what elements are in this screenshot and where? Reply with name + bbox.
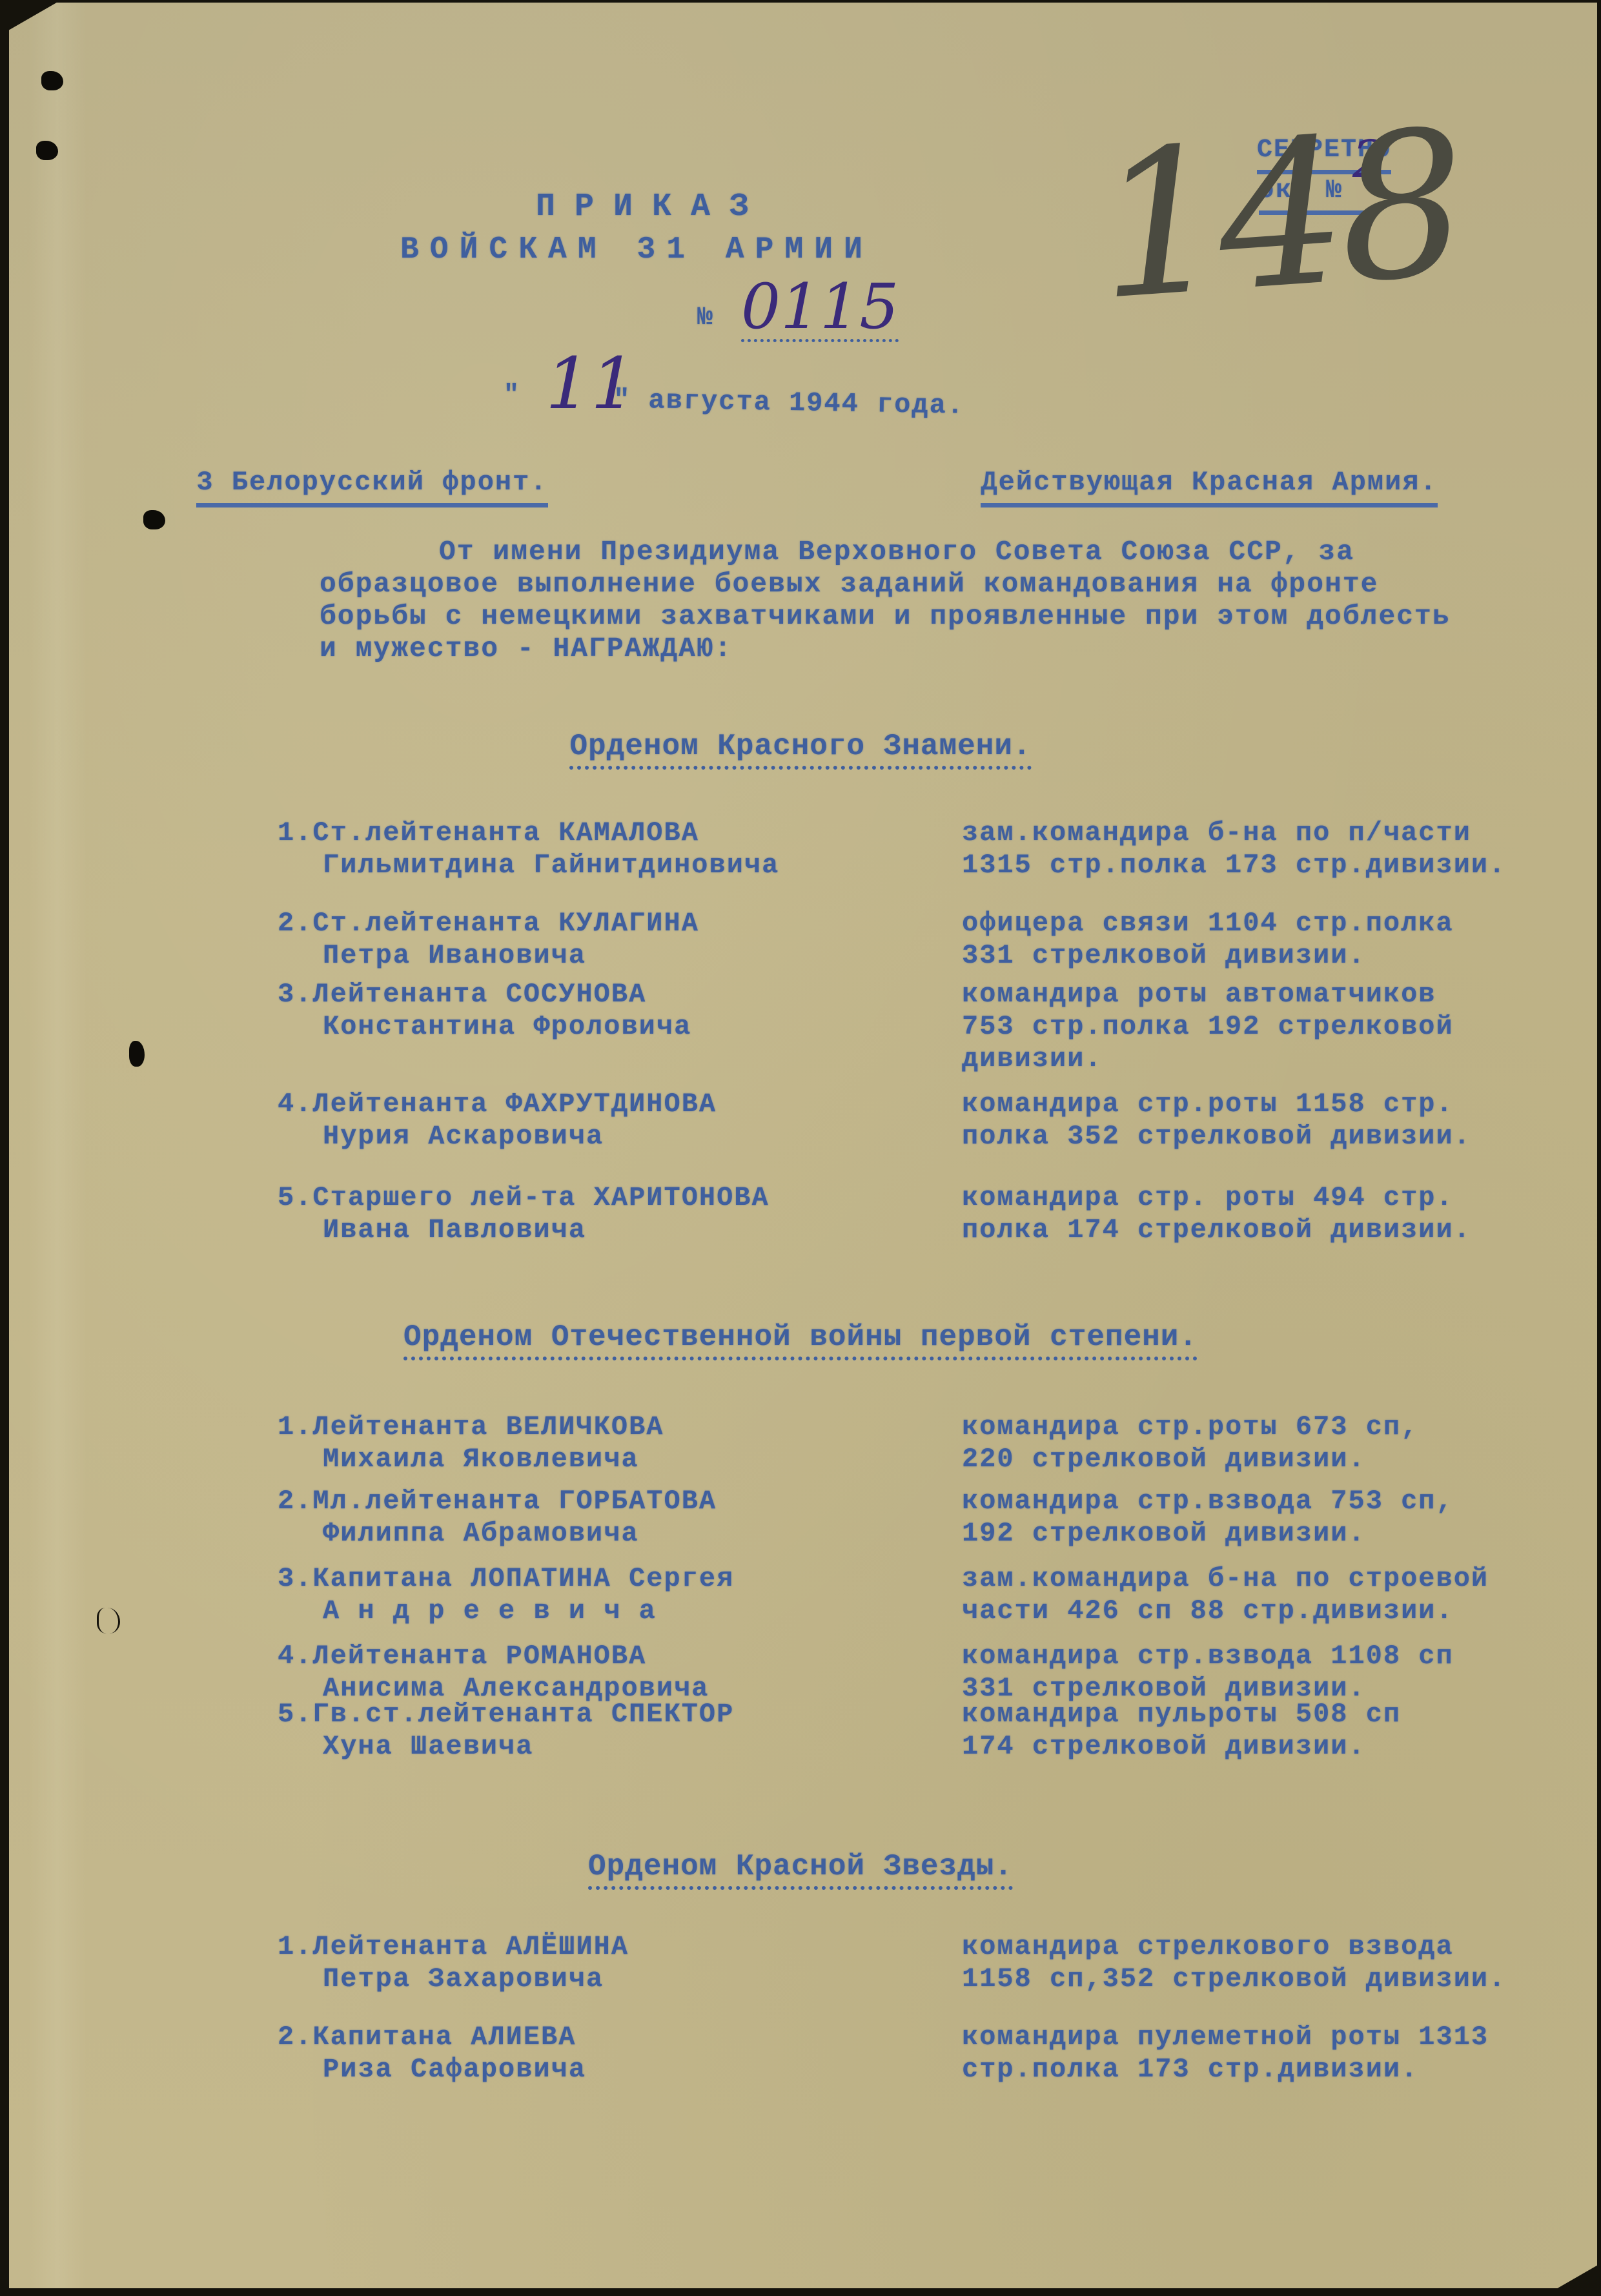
award-heading-label: Орденом Красной Звезды.	[588, 1850, 1013, 1890]
date-quote: "	[504, 381, 520, 410]
recipient-rank-surname: 5.Гв.ст.лейтенанта СПЕКТОР	[278, 1698, 734, 1730]
recipient-post: командира стр.взвода 753 сп,	[962, 1485, 1454, 1517]
recipient-unit: 753 стр.полка 192 стрелковой	[962, 1010, 1454, 1043]
recipient-given-names: Гильмитдина Гайнитдиновича	[278, 849, 779, 881]
recipient-post: офицера связи 1104 стр.полка	[962, 907, 1454, 939]
recipient-rank-surname: 4.Лейтенанта ФАХРУТДИНОВА	[278, 1088, 717, 1120]
recipient-unit: 174 стрелковой дивизии.	[962, 1730, 1401, 1763]
order-number: 0115	[741, 274, 899, 342]
preamble-line: борьбы с немецкими захватчиками и проявл…	[320, 600, 1451, 633]
recipient-given-names: Риза Сафаровича	[278, 2053, 586, 2086]
award-heading-label: Орденом Красного Знамени.	[569, 730, 1031, 770]
recipient-given-names: Ивана Павловича	[278, 1214, 770, 1246]
recipient-unit: части 426 сп 88 стр.дивизии.	[962, 1595, 1489, 1627]
recipient-given-names: Константина Фроловича	[278, 1010, 691, 1043]
award-heading: Орденом Красного Знамени.	[0, 730, 1601, 763]
recipient-post: командира стр.взвода 1108 сп	[962, 1640, 1454, 1672]
archive-number-pencil: 148	[1091, 104, 1467, 329]
recipient-given-names: А н д р е е в и ч а	[278, 1595, 734, 1627]
recipient-unit: 331 стрелковой дивизии.	[962, 939, 1454, 972]
page-title: ПРИКАЗ	[536, 189, 768, 225]
recipient-rank-surname: 3.Лейтенанта СОСУНОВА	[278, 978, 691, 1010]
recipient-rank-surname: 2.Капитана АЛИЕВА	[278, 2021, 586, 2053]
recipient-unit: 1315 стр.полка 173 стр.дивизии.	[962, 849, 1506, 881]
recipient-post: командира роты автоматчиков	[962, 978, 1454, 1010]
recipient-post: зам.командира б-на по п/части	[962, 817, 1506, 849]
punch-hole-icon	[36, 141, 58, 160]
recipient-post: командира стр. роты 494 стр.	[962, 1182, 1471, 1214]
recipient-rank-surname: 3.Капитана ЛОПАТИНА Сергея	[278, 1563, 734, 1595]
army-name: Действующая Красная Армия.	[946, 436, 1438, 498]
recipient-rank-surname: 1.Лейтенанта ВЕЛИЧКОВА	[278, 1411, 664, 1443]
punch-hole-icon	[143, 510, 165, 529]
recipient-post: командира пулеметной роты 1313	[962, 2021, 1489, 2053]
preamble-line: и мужество - НАГРАЖДАЮ:	[320, 633, 733, 665]
recipient-given-names: Петра Ивановича	[278, 939, 699, 972]
paper-crease	[28, 3, 87, 2288]
recipient-rank-surname: 2.Ст.лейтенанта КУЛАГИНА	[278, 907, 699, 939]
recipient-unit: 192 стрелковой дивизии.	[962, 1517, 1454, 1550]
award-heading-label: Орденом Отечественной войны первой степе…	[403, 1320, 1198, 1360]
recipient-given-names: Нурия Аскаровича	[278, 1120, 717, 1153]
recipient-rank-surname: 4.Лейтенанта РОМАНОВА	[278, 1640, 709, 1672]
recipient-unit-cont: дивизии.	[962, 1043, 1454, 1075]
preamble-line: образцовое выполнение боевых заданий ком…	[320, 568, 1378, 600]
recipient-post: командира стр.роты 1158 стр.	[962, 1088, 1471, 1120]
recipient-unit: полка 352 стрелковой дивизии.	[962, 1120, 1471, 1153]
recipient-rank-surname: 1.Лейтенанта АЛЁШИНА	[278, 1931, 629, 1963]
award-heading: Орденом Отечественной войны первой степе…	[0, 1320, 1601, 1354]
preamble-line: От имени Президиума Верховного Совета Со…	[439, 536, 1354, 568]
punch-hole-icon	[41, 71, 63, 90]
recipient-given-names: Филиппа Абрамовича	[278, 1517, 717, 1550]
recipient-rank-surname: 5.Старшего лей-та ХАРИТОНОВА	[278, 1182, 770, 1214]
army-label: Действующая Красная Армия.	[981, 467, 1437, 507]
recipient-given-names: Петра Захаровича	[278, 1963, 629, 1995]
recipient-unit: полка 174 стрелковой дивизии.	[962, 1214, 1471, 1246]
recipient-given-names: Хуна Шаевича	[278, 1730, 734, 1763]
recipient-rank-surname: 2.Мл.лейтенанта ГОРБАТОВА	[278, 1485, 717, 1517]
recipient-rank-surname: 1.Ст.лейтенанта КАМАЛОВА	[278, 817, 779, 849]
punch-hole-icon	[97, 1608, 120, 1634]
punch-hole-icon	[129, 1041, 145, 1067]
award-heading: Орденом Красной Звезды.	[0, 1850, 1601, 1883]
recipient-unit: 1158 сп,352 стрелковой дивизии.	[962, 1963, 1506, 1995]
recipient-post: командира стрелкового взвода	[962, 1931, 1506, 1963]
page-subtitle: ВОЙСКАМ 31 АРМИИ	[400, 232, 873, 267]
recipient-post: командира пульроты 508 сп	[962, 1698, 1401, 1730]
recipient-unit: стр.полка 173 стр.дивизии.	[962, 2053, 1489, 2086]
recipient-unit: 220 стрелковой дивизии.	[962, 1443, 1418, 1475]
front-label: 3 Белорусский фронт.	[196, 467, 547, 507]
recipient-post: командира стр.роты 673 сп,	[962, 1411, 1418, 1443]
front-name: 3 Белорусский фронт.	[161, 436, 548, 498]
order-number-prefix: №	[697, 303, 714, 333]
recipient-given-names: Михаила Яковлевича	[278, 1443, 664, 1475]
date-text: " августа 1944 года.	[613, 384, 965, 421]
recipient-post: зам.командира б-на по строевой	[962, 1563, 1489, 1595]
